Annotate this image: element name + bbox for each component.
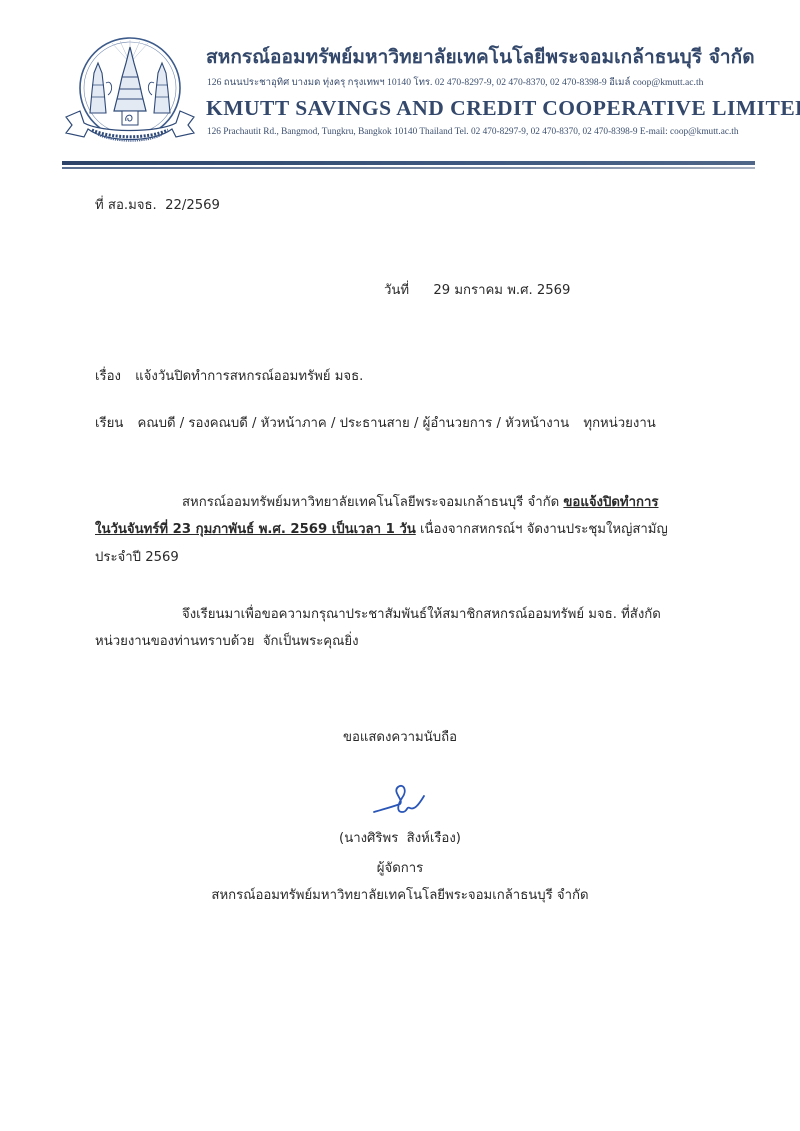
closure-notice-emphasis-1: ขอแจ้งปิดทำการ	[563, 495, 658, 510]
letter-date: วันที่ 29 มกราคม พ.ศ. 2569	[384, 279, 570, 300]
salutation-recipients: คณบดี / รองคณบดี / หัวหน้าภาค / ประธานสา…	[138, 416, 570, 431]
cooperative-emblem-icon	[62, 33, 198, 153]
date-month: มกราคม	[454, 283, 503, 298]
org-name-english: KMUTT SAVINGS AND CREDIT COOPERATIVE LIM…	[206, 96, 800, 121]
date-era: พ.ศ.	[507, 283, 532, 298]
reference-label: ที่	[95, 198, 104, 213]
org-name-thai: สหกรณ์ออมทรัพย์มหาวิทยาลัยเทคโนโลยีพระจอ…	[206, 42, 755, 72]
subject-line: เรื่อง แจ้งวันปิดทำการสหกรณ์ออมทรัพย์ มจ…	[95, 365, 363, 386]
paragraph-1-line-3: ประจำปี 2569	[95, 546, 179, 567]
closing-phrase: ขอแสดงความนับถือ	[0, 726, 800, 747]
salutation-label: เรียน	[95, 416, 123, 431]
paragraph-2-line-2: หน่วยงานของท่านทราบด้วย จักเป็นพระคุณยิ่…	[95, 630, 359, 651]
paragraph-1-intro: สหกรณ์ออมทรัพย์มหาวิทยาลัยเทคโนโลยีพระจอ…	[182, 495, 559, 510]
signer-organization: สหกรณ์ออมทรัพย์มหาวิทยาลัยเทคโนโลยีพระจอ…	[0, 884, 800, 905]
letter-page: สหกรณ์ออมทรัพย์มหาวิทยาลัยเทคโนโลยีพระจอ…	[0, 0, 800, 1131]
salutation-suffix: ทุกหน่วยงาน	[583, 416, 655, 431]
signer-name: (นางศิริพร สิงห์เรือง)	[0, 827, 800, 848]
reference-value: สอ.มจธ. 22/2569	[108, 198, 220, 213]
closure-notice-emphasis-2: ในวันจันทร์ที่ 23 กุมภาพันธ์ พ.ศ. 2569 เ…	[95, 522, 416, 537]
paragraph-1-line-2: ในวันจันทร์ที่ 23 กุมภาพันธ์ พ.ศ. 2569 เ…	[95, 518, 668, 539]
reference-number: ที่ สอ.มจธ. 22/2569	[95, 194, 220, 215]
subject-text: แจ้งวันปิดทำการสหกรณ์ออมทรัพย์ มจธ.	[135, 369, 363, 384]
letterhead-divider-thick	[62, 161, 755, 165]
paragraph-2-line-1: จึงเรียนมาเพื่อขอความกรุณาประชาสัมพันธ์ใ…	[182, 603, 661, 624]
paragraph-1-line-1: สหกรณ์ออมทรัพย์มหาวิทยาลัยเทคโนโลยีพระจอ…	[182, 491, 659, 512]
salutation-line: เรียน คณบดี / รองคณบดี / หัวหน้าภาค / ปร…	[95, 412, 656, 433]
date-label: วันที่	[384, 283, 409, 298]
letterhead-divider-thin	[62, 167, 755, 169]
date-day: 29	[433, 283, 450, 298]
subject-label: เรื่อง	[95, 369, 121, 384]
date-year: 2569	[537, 283, 571, 298]
org-address-english: 126 Prachautit Rd., Bangmod, Tungkru, Ba…	[207, 127, 739, 137]
paragraph-1-reason: เนื่องจากสหกรณ์ฯ จัดงานประชุมใหญ่สามัญ	[420, 522, 668, 537]
handwritten-signature-icon	[370, 782, 430, 818]
org-address-thai: 126 ถนนประชาอุทิศ บางมด ทุ่งครุ กรุงเทพฯ…	[207, 75, 703, 90]
signer-position: ผู้จัดการ	[0, 857, 800, 878]
